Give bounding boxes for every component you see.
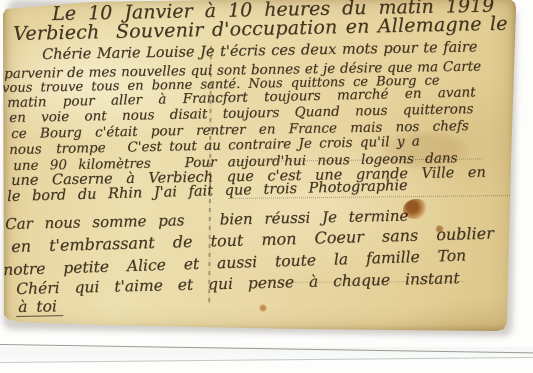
- postcard: Le 10 Janvier à 10 heures du matin 1919 …: [0, 0, 533, 373]
- ink-rust-stain: [259, 304, 267, 312]
- scanned-postcard-photo: Le 10 Janvier à 10 heures du matin 1919 …: [0, 0, 533, 373]
- handwriting-line-closing: à toi: [16, 298, 63, 317]
